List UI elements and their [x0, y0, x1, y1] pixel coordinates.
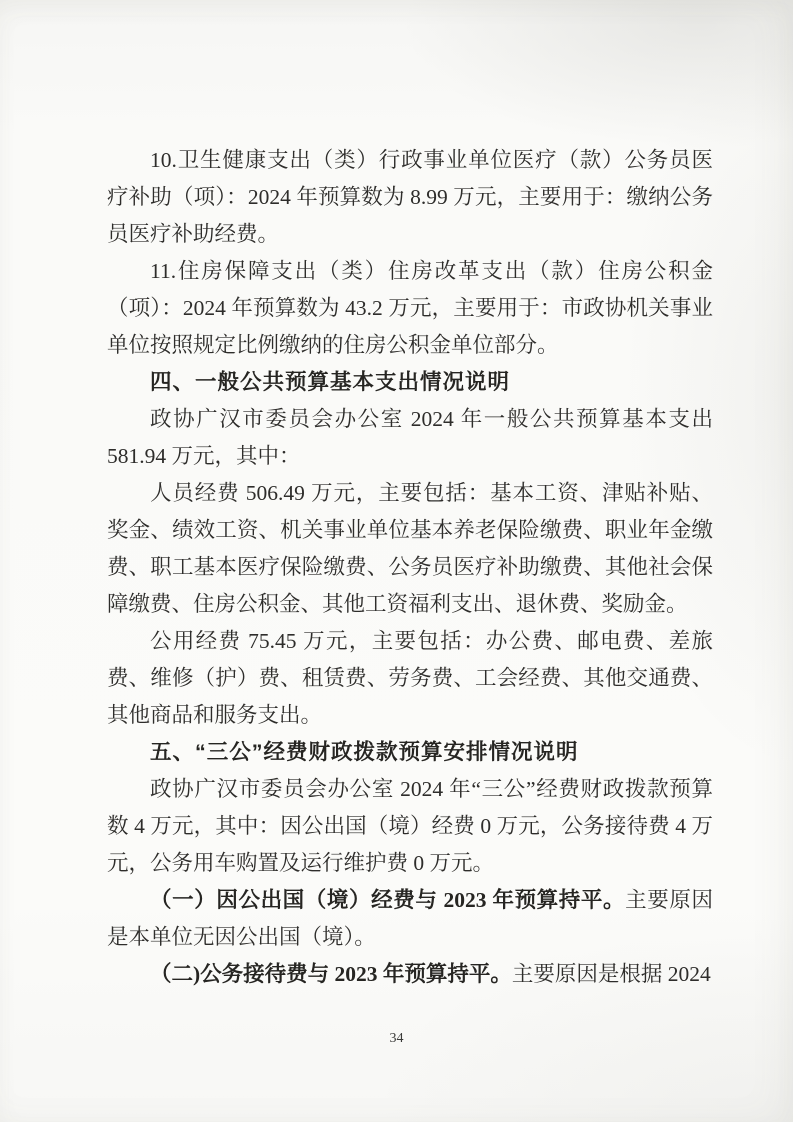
paragraph-public-operating-funds: 公用经费 75.45 万元，主要包括：办公费、邮电费、差旅费、维修（护）费、租赁…: [107, 623, 713, 734]
document-page: 10.卫生健康支出（类）行政事业单位医疗（款）公务员医疗补助（项）：2024 年…: [0, 0, 793, 1122]
paragraph-official-reception-funds: （二)公务接待费与 2023 年预算持平。主要原因是根据 2024: [107, 956, 713, 993]
paragraph-three-public-funds-total: 政协广汉市委员会办公室 2024 年“三公”经费财政拨款预算数 4 万元，其中：…: [107, 771, 713, 882]
paragraph-personnel-funds: 人员经费 506.49 万元，主要包括：基本工资、津贴补贴、奖金、绩效工资、机关…: [107, 475, 713, 623]
paragraph-housing-expenditure-item11: 11.住房保障支出（类）住房改革支出（款）住房公积金（项）：2024 年预算数为…: [107, 253, 713, 364]
bold-lead-overseas-travel: （一）因公出国（境）经费与 2023 年预算持平。: [150, 888, 625, 912]
document-body: 10.卫生健康支出（类）行政事业单位医疗（款）公务员医疗补助（项）：2024 年…: [107, 142, 713, 993]
page-number: 34: [0, 1030, 793, 1048]
paragraph-health-expenditure-item10: 10.卫生健康支出（类）行政事业单位医疗（款）公务员医疗补助（项）：2024 年…: [107, 142, 713, 253]
lead-rest-official-reception: 主要原因是根据 2024: [512, 962, 711, 986]
bold-lead-official-reception: （二)公务接待费与 2023 年预算持平。: [150, 962, 512, 986]
section-heading-basic-expenditure: 四、一般公共预算基本支出情况说明: [107, 364, 713, 401]
paragraph-basic-expenditure-total: 政协广汉市委员会办公室 2024 年一般公共预算基本支出 581.94 万元，其…: [107, 401, 713, 475]
section-heading-three-public-funds: 五、“三公”经费财政拨款预算安排情况说明: [107, 734, 713, 771]
paragraph-overseas-travel-funds: （一）因公出国（境）经费与 2023 年预算持平。主要原因是本单位无因公出国（境…: [107, 882, 713, 956]
